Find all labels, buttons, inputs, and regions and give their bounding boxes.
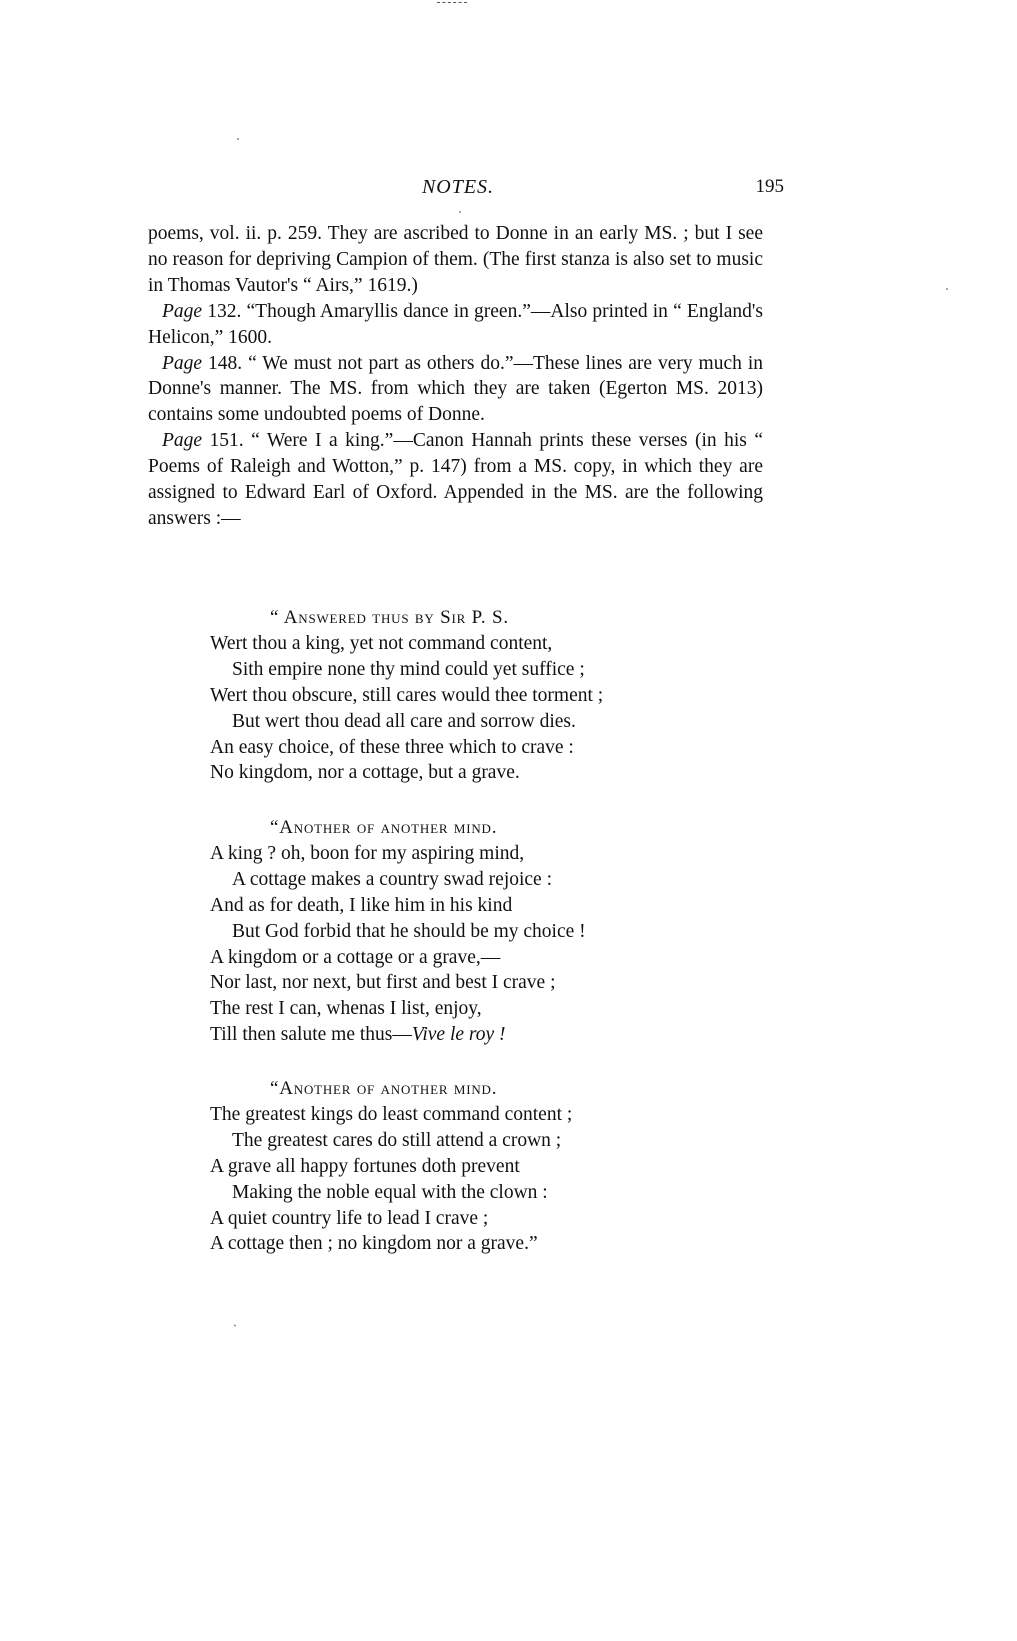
note-paragraph: Page 132. “Though Amaryllis dance in gre… (148, 299, 763, 351)
running-title: NOTES. (148, 176, 768, 199)
poem-line: A grave all happy fortunes doth prevent (210, 1154, 770, 1180)
poem-line: But God forbid that he should be my choi… (210, 919, 770, 945)
note-paragraph: Page 148. “ We must not part as others d… (148, 351, 763, 429)
page-label: Page (162, 430, 202, 451)
scan-speck (459, 211, 461, 213)
scan-artifact (437, 2, 467, 6)
poem-line: Wert thou a king, yet not command conten… (210, 631, 770, 657)
poem-heading: “Another of another mind. (210, 1076, 770, 1102)
poem-line: A king ? oh, boon for my aspiring mind, (210, 841, 770, 867)
poem-line-text: Till then salute me thus— (210, 1024, 412, 1045)
note-text: 132. “Though Amaryllis dance in green.”—… (148, 301, 763, 348)
poem-line: The greatest kings do least command cont… (210, 1102, 770, 1128)
poem-another-mind-1: “Another of another mind. A king ? oh, b… (210, 815, 770, 1048)
poem-heading: “ Answered thus by Sir P. S. (210, 605, 770, 631)
scan-speck: ` (233, 1322, 237, 1337)
poem-line: Nor last, nor next, but first and best I… (210, 970, 770, 996)
page-number: 195 (756, 176, 785, 198)
poem-heading: “Another of another mind. (210, 815, 770, 841)
note-paragraph: poems, vol. ii. p. 259. They are ascribe… (148, 221, 763, 299)
page-label: Page (162, 301, 202, 322)
note-text: 151. “ Were I a king.”—Canon Hannah prin… (148, 430, 763, 529)
poem-line: An easy choice, of these three which to … (210, 735, 770, 761)
poem-line: A kingdom or a cottage or a grave,— (210, 945, 770, 971)
poem-line-italic: Vive le roy ! (412, 1024, 506, 1045)
poem-line: A cottage makes a country swad rejoice : (210, 867, 770, 893)
poem-line: Making the noble equal with the clown : (210, 1180, 770, 1206)
notes-prose: poems, vol. ii. p. 259. They are ascribe… (148, 221, 763, 532)
page-label: Page (162, 353, 202, 374)
poem-line: A quiet country life to lead I crave ; (210, 1206, 770, 1232)
poem-line: Till then salute me thus—Vive le roy ! (210, 1022, 770, 1048)
note-text: poems, vol. ii. p. 259. They are ascribe… (148, 223, 763, 296)
poem-line: No kingdom, nor a cottage, but a grave. (210, 760, 770, 786)
scan-speck (237, 138, 239, 140)
poem-line: A cottage then ; no kingdom nor a grave.… (210, 1231, 770, 1257)
poem-line: Wert thou obscure, still cares would the… (210, 683, 770, 709)
poem-line: And as for death, I like him in his kind (210, 893, 770, 919)
poem-answered-thus: “ Answered thus by Sir P. S. Wert thou a… (210, 605, 770, 786)
running-head: NOTES. 195 (148, 176, 768, 202)
note-paragraph: Page 151. “ Were I a king.”—Canon Hannah… (148, 428, 763, 532)
note-text: 148. “ We must not part as others do.”—T… (148, 353, 763, 426)
scan-speck (946, 288, 948, 290)
poem-line: Sith empire none thy mind could yet suff… (210, 657, 770, 683)
poem-line: The greatest cares do still attend a cro… (210, 1128, 770, 1154)
poem-line: But wert thou dead all care and sorrow d… (210, 709, 770, 735)
poem-line: The rest I can, whenas I list, enjoy, (210, 996, 770, 1022)
poem-another-mind-2: “Another of another mind. The greatest k… (210, 1076, 770, 1257)
